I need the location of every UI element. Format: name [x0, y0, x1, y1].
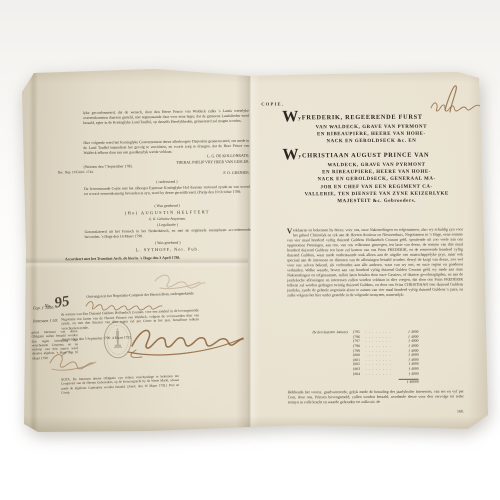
paper-sheet-wrapper: lyke geconformeerd, dat de wensch, door …: [0, 0, 500, 500]
handwritten-signature-main-icon: [128, 330, 243, 357]
handwritten-faded-scrawl-icon: [155, 275, 205, 288]
handwritten-scrawl-icon: [50, 352, 96, 371]
handwritten-signature-top-icon: [431, 86, 480, 112]
handwritten-name-icon: [86, 302, 162, 310]
handwriting-overlay: [0, 0, 500, 500]
paper-sheet: lyke geconformeerd, dat de wensch, door …: [0, 0, 500, 500]
auction-photo-of-document: { "photo": { "background_color": "#fffff…: [0, 0, 500, 500]
